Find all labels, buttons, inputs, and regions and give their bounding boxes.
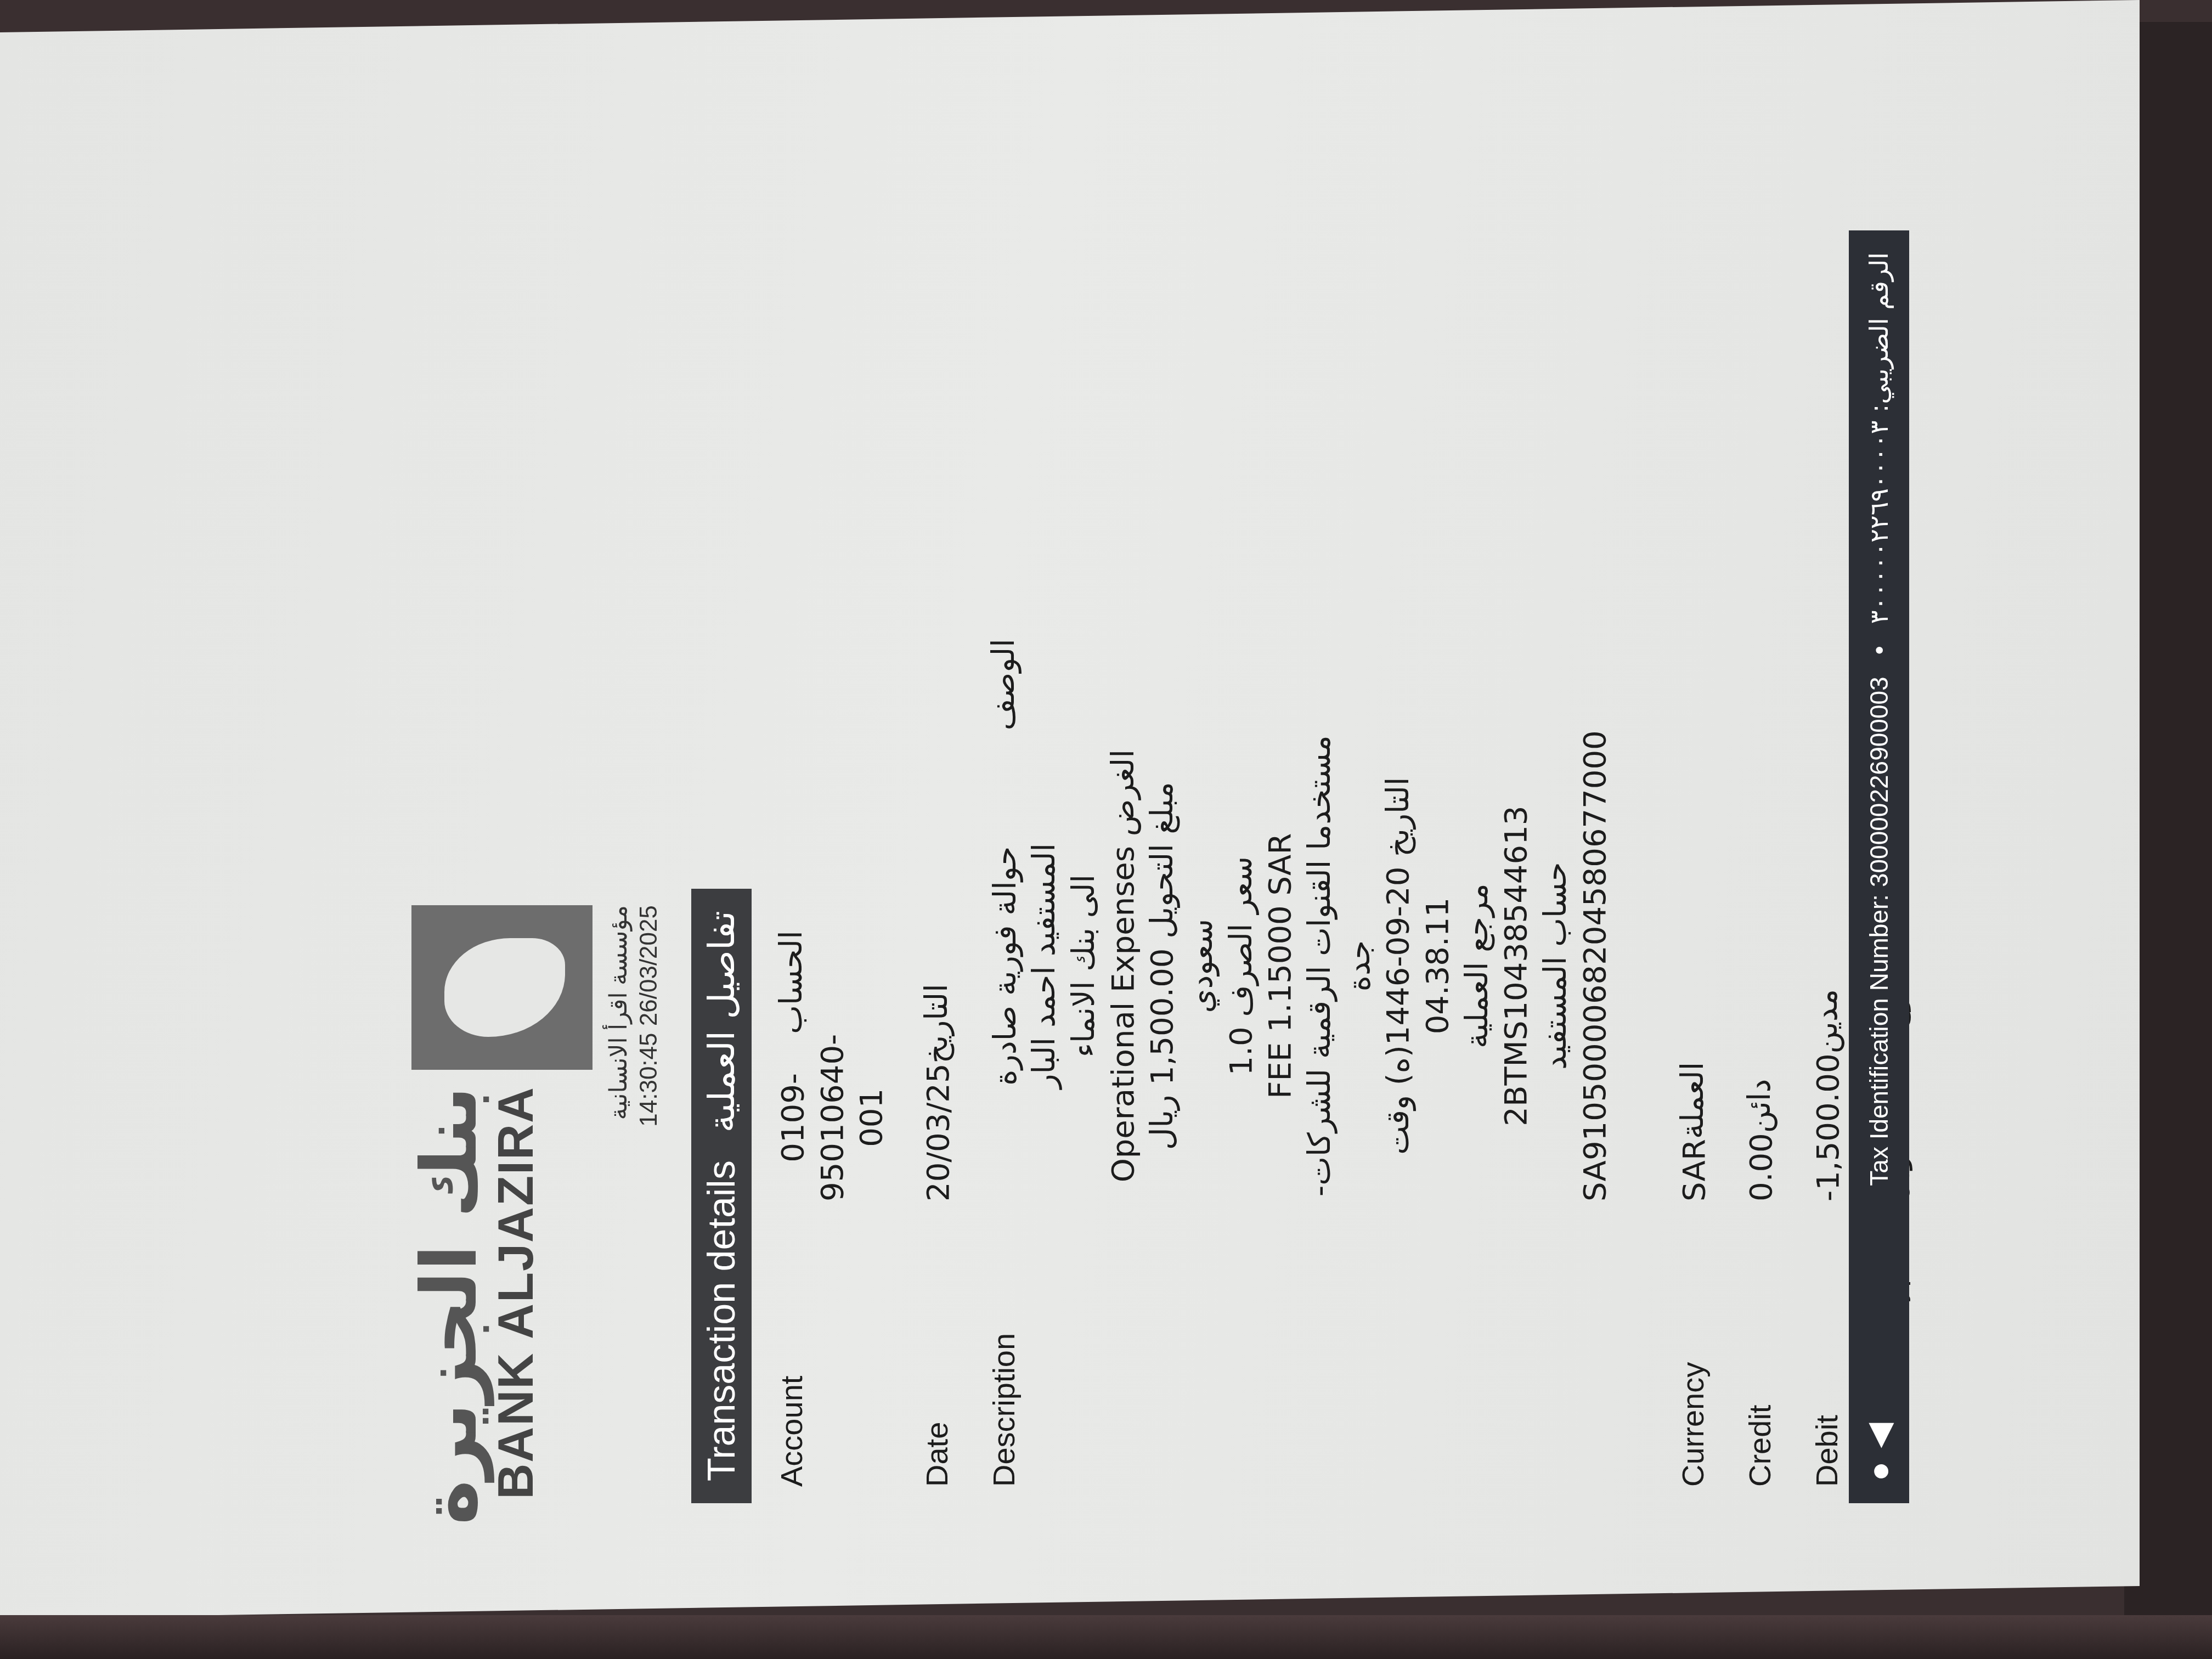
title-english: Transaction details: [699, 1160, 743, 1481]
bank-aljazira-logo-icon: [411, 905, 592, 1070]
title-arabic: تفاصيل العملية: [701, 911, 743, 1132]
field-description: Description حوالة فورية صادرة المستفيد ا…: [986, 905, 1615, 1487]
label-arabic: دائن: [1742, 848, 1778, 1133]
tax-id-english: Tax Identification Number: 3000002269000…: [1864, 676, 1894, 1186]
label-english: Account: [774, 1201, 809, 1487]
label-english: Credit: [1742, 1201, 1778, 1487]
separator-dot: •: [1864, 646, 1894, 654]
section-title-bar: Transaction details تفاصيل العملية: [691, 889, 752, 1503]
field-value: -1,500.00: [1809, 1053, 1848, 1201]
field-value: 0109-95010640-001: [774, 1034, 891, 1201]
printed-timestamp: 26/03/2025 14:30:45: [634, 905, 664, 1127]
label-arabic: العملة: [1675, 854, 1711, 1139]
bank-logo: بنك الجزيرة BANK ALJAZIRA: [411, 905, 592, 1525]
field-value: حوالة فورية صادرة المستفيد احمد البار ال…: [986, 730, 1615, 1201]
print-meta: مؤسسة اقرأ الانسانية 26/03/2025 14:30:45: [603, 905, 664, 1127]
bank-name-arabic: بنك الجزيرة: [411, 1086, 488, 1525]
field-value: SAR: [1675, 1139, 1714, 1201]
field-credit: Credit 0.00 دائن: [1742, 905, 1781, 1487]
desk-edge: [0, 1615, 2212, 1659]
bank-name: بنك الجزيرة BANK ALJAZIRA: [411, 1086, 545, 1525]
field-account: Account 0109-95010640-001 الحساب: [774, 905, 891, 1487]
apple-logo-icon: ●: [1860, 1462, 1898, 1481]
label-arabic: التاريخ: [919, 778, 955, 1063]
field-date: Date 20/03/25 التاريخ: [919, 905, 958, 1487]
label-english: Description: [986, 1201, 1022, 1487]
field-currency: Currency SAR العملة: [1675, 905, 1714, 1487]
transaction-receipt-page: بنك الجزيرة BANK ALJAZIRA مؤسسة اقرأ الا…: [165, 137, 1975, 1564]
bank-mark-icon: ◀: [1860, 1423, 1898, 1448]
customer-name: مؤسسة اقرأ الانسانية: [603, 905, 634, 1127]
label-arabic: مدين: [1809, 768, 1844, 1053]
label-arabic: الحساب: [774, 749, 809, 1034]
field-debit: Debit -1,500.00 مدين: [1809, 905, 1848, 1487]
label-english: Debit: [1809, 1201, 1844, 1487]
field-value: 0.00: [1742, 1133, 1781, 1201]
transaction-fields: Account 0109-95010640-001 الحساب Date 20…: [774, 905, 1942, 1487]
field-value: 20/03/25: [919, 1063, 958, 1201]
label-english: Date: [919, 1201, 955, 1487]
tax-identification: Tax Identification Number: 3000002269000…: [1864, 252, 1894, 1186]
tax-id-arabic: الرقم الضريبي: ٣٠٠٠٠٠٢٢٦٩٠٠٠٠٣: [1864, 252, 1894, 624]
label-english: Currency: [1675, 1201, 1711, 1487]
label-arabic: الوصف: [986, 445, 1022, 730]
footer-marks: ● ◀: [1860, 1423, 1898, 1481]
bank-name-english: BANK ALJAZIRA: [488, 1086, 545, 1499]
footer-bar: ● ◀ Tax Identification Number: 300000226…: [1849, 230, 1909, 1503]
